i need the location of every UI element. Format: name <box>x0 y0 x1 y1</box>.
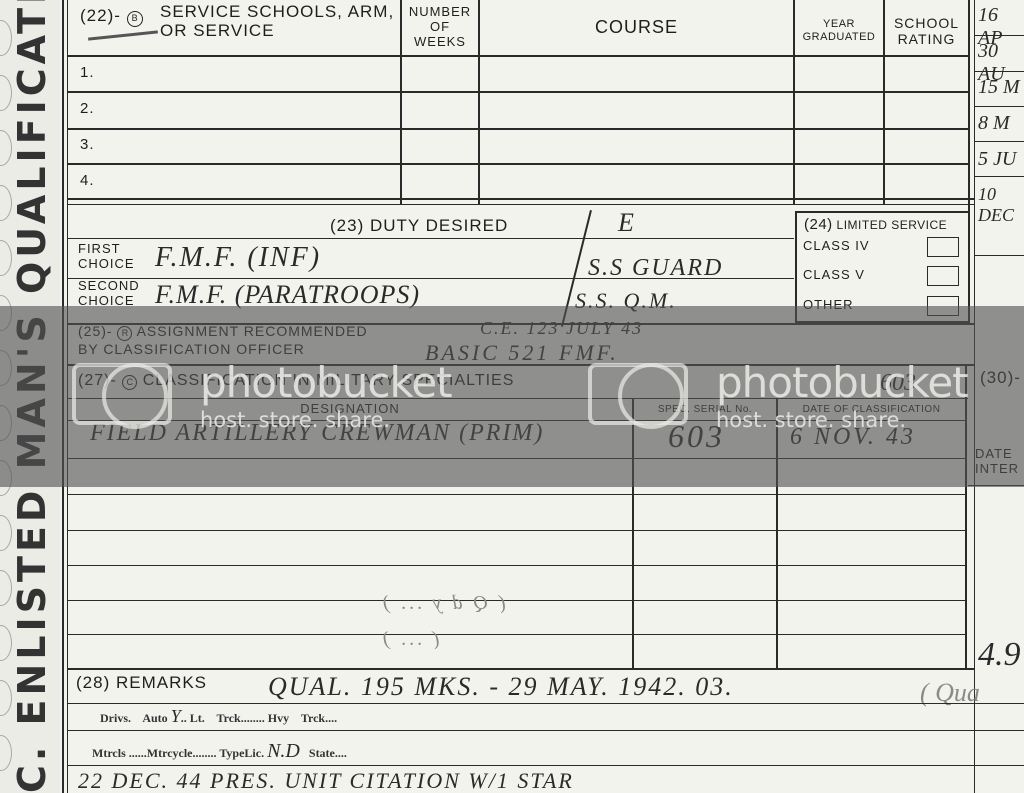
class-v-checkbox[interactable] <box>927 266 959 286</box>
row-number: 3. <box>80 136 95 153</box>
row-line <box>968 485 1024 486</box>
row-line <box>68 204 974 205</box>
row-line <box>68 600 965 601</box>
second-choice-value: F.M.F. (PARATROOPS) <box>155 280 420 310</box>
column-header-school-rating: SCHOOL RATING <box>885 15 968 47</box>
remark-line-bottom: 22 DEC. 44 PRES. UNIT CITATION W/1 STAR <box>78 768 574 793</box>
row-line <box>68 163 970 165</box>
row-line <box>68 198 974 200</box>
section-23-title: (23) DUTY DESIRED <box>330 216 508 236</box>
left-margin: C. ENLISTED MAN'S QUALIFICATI <box>0 0 60 793</box>
other-checkbox[interactable] <box>927 296 959 316</box>
code-circle-icon: C <box>122 375 137 390</box>
row-line <box>68 128 970 130</box>
section-number: (22)- <box>80 6 121 25</box>
alternate-second-choice: S.S. Q.M. <box>575 288 677 314</box>
remark-line-1: QUAL. 195 MKS. - 29 MAY. 1942. 03. <box>268 672 734 702</box>
section-number: (24) <box>804 216 833 233</box>
option-label: CLASS V <box>803 267 865 282</box>
row-number: 4. <box>80 172 95 189</box>
row-line <box>68 398 968 399</box>
alternate-first-choice: S.S GUARD <box>588 255 723 282</box>
margin-line <box>975 106 1024 107</box>
row-line <box>68 634 965 635</box>
designation-value: FIELD ARTILLERY CREWMAN (PRIM) <box>90 420 544 447</box>
assignment-entry-1: C.E. 123 JULY 43 <box>480 318 643 339</box>
first-choice-label: FIRST CHOICE <box>78 241 135 271</box>
first-choice-value: F.M.F. (INF) <box>155 242 321 274</box>
row-line <box>68 91 970 93</box>
bleed-through-text: ( ... ) <box>380 628 439 651</box>
assignment-entry-2: BASIC 521 FMF. <box>425 340 619 366</box>
margin-date: 8 M <box>978 112 1010 135</box>
section-28-title: (28) REMARKS <box>76 673 207 693</box>
second-choice-label: SECOND CHOICE <box>78 278 140 308</box>
margin-date: 15 M <box>978 76 1020 99</box>
duty-mark: E <box>618 208 634 238</box>
classification-date-value: 6 NOV. 43 <box>790 424 916 451</box>
section-30-label: DATE INTER <box>975 446 1019 476</box>
classification-annotation: 603 <box>880 370 916 397</box>
row-number: 2. <box>80 100 95 117</box>
row-number: 1. <box>80 64 95 81</box>
divider <box>965 364 967 670</box>
row-line <box>68 730 1024 731</box>
margin-date: 5 JU <box>978 148 1016 171</box>
column-header-date: DATE OF CLASSIFICATION <box>778 404 965 415</box>
frame-left <box>62 0 64 793</box>
row-line <box>68 458 965 459</box>
bleed-through-text: ( Q d y ... ) <box>380 592 506 615</box>
drivers-license-line: Drivs. Auto Y.. Lt. Trck........ Hvy Trc… <box>100 706 337 727</box>
margin-line <box>975 35 1024 36</box>
column-header-year-graduated: YEAR GRADUATED <box>795 18 883 44</box>
column-header-weeks: NUMBER OF WEEKS <box>402 4 478 49</box>
margin-date: 10 DEC <box>978 184 1024 226</box>
section-number: (30)- <box>980 368 1021 388</box>
section-25-title: (25)- R ASSIGNMENT RECOMMENDED BY CLASSI… <box>78 323 368 358</box>
section-22-title: SERVICE SCHOOLS, ARM, OR SERVICE <box>160 2 394 40</box>
row-line <box>68 238 794 239</box>
row-line <box>68 565 965 566</box>
option-label: OTHER <box>803 297 854 312</box>
margin-line <box>975 141 1024 142</box>
license-type-line: Mtrcls ......Mtrcycle........ TypeLic. N… <box>92 740 347 763</box>
divider <box>776 398 778 670</box>
margin-line <box>975 71 1024 72</box>
section-divider <box>68 364 974 366</box>
pen-underline <box>88 30 158 40</box>
column-header-designation: DESIGNATION <box>68 401 632 416</box>
row-line <box>68 55 970 57</box>
form-title-vertical: C. ENLISTED MAN'S QUALIFICATI <box>12 0 52 793</box>
code-circle-icon: B <box>127 11 143 27</box>
section-number: (27)- <box>78 372 117 389</box>
column-header-serial: SPEC. SERIAL No. <box>634 404 776 415</box>
section-number: (25)- <box>78 323 113 339</box>
margin-line <box>975 176 1024 177</box>
margin-line <box>975 255 1024 256</box>
section-divider <box>68 668 974 670</box>
column-header-course: COURSE <box>480 17 793 38</box>
option-label: CLASS IV <box>803 238 870 253</box>
row-line <box>68 530 965 531</box>
section-27-title: (27)- C CLASSIFICATION IN MILITARY SPECI… <box>78 372 514 390</box>
serial-value: 603 <box>668 418 725 455</box>
row-line <box>68 703 1024 704</box>
row-line <box>68 494 965 495</box>
class-iv-checkbox[interactable] <box>927 237 959 257</box>
code-circle-icon: R <box>117 326 132 341</box>
divider <box>632 398 634 670</box>
section-24-title: LIMITED SERVICE <box>837 218 948 232</box>
row-line <box>68 765 1024 766</box>
frame-left-inner <box>67 0 68 793</box>
section-30-value: 4.9 <box>978 636 1021 674</box>
divider <box>974 0 975 793</box>
